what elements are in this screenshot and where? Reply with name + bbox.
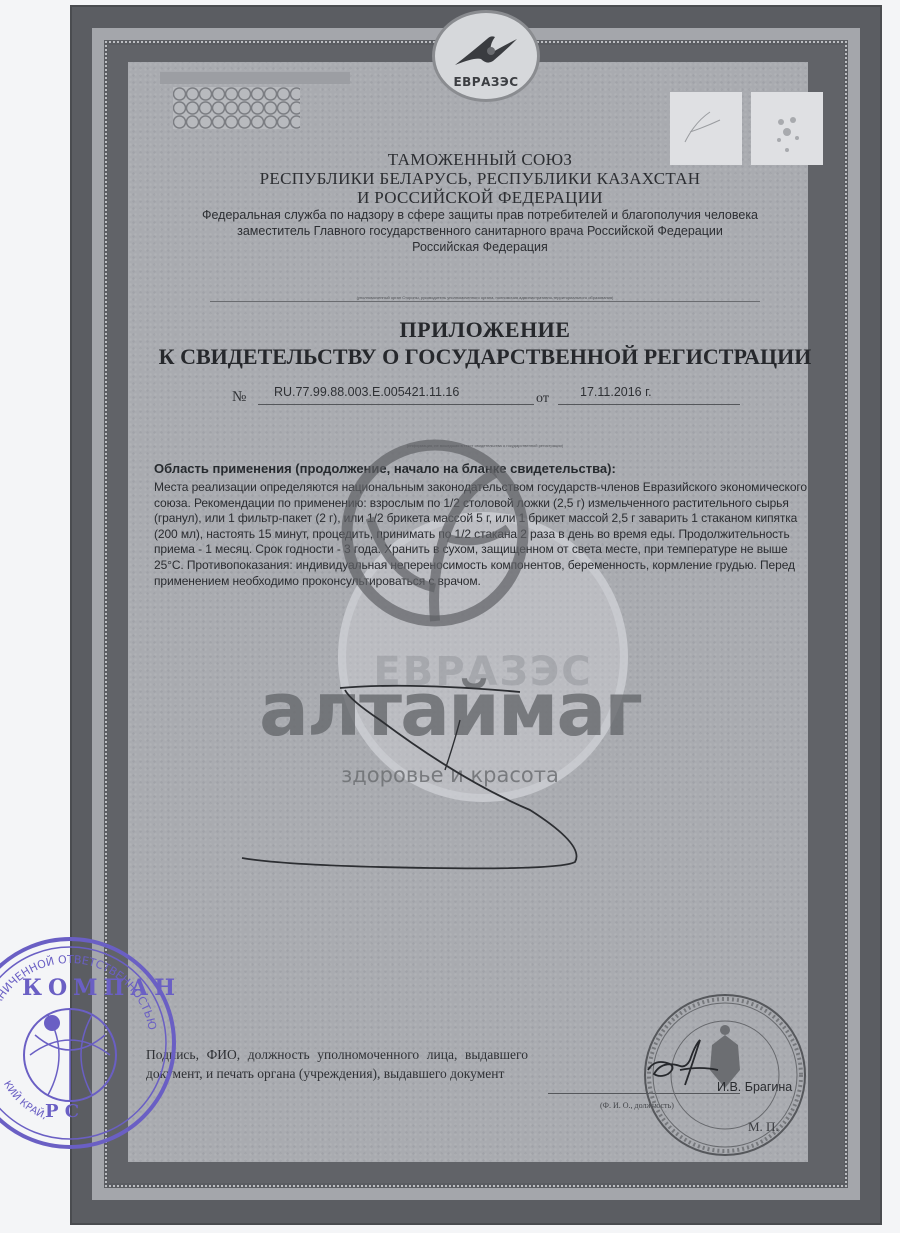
authority-caption: (уполномоченный орган Стороны, руководит…: [210, 295, 760, 302]
brand-watermark: алтаймаг: [220, 670, 680, 750]
security-pattern: [173, 87, 300, 129]
header-line: Российская Федерация: [140, 239, 820, 255]
title-line-2: К СВИДЕТЕЛЬСТВУ О ГОСУДАРСТВЕННОЙ РЕГИСТ…: [140, 343, 830, 371]
header-line: Федеральная служба по надзору в сфере за…: [140, 207, 820, 223]
eurasec-emblem: ЕВРАЗЭС: [432, 10, 540, 102]
header-line: И РОССИЙСКОЙ ФЕДЕРАЦИИ: [140, 188, 820, 207]
signature-caption: Подпись, ФИО, должность уполномоченного …: [146, 1046, 528, 1083]
header-line: ТАМОЖЕННЫЙ СОЮЗ: [140, 150, 820, 169]
issuing-authority-header: ТАМОЖЕННЫЙ СОЮЗ РЕСПУБЛИКИ БЕЛАРУСЬ, РЕС…: [140, 150, 820, 255]
scope-heading: Область применения (продолжение, начало …: [154, 461, 616, 476]
emblem-label: ЕВРАЗЭС: [453, 75, 518, 89]
info-caption: (информация, не вошедшая в текст свидете…: [320, 443, 650, 449]
eurasec-bird-icon: [451, 31, 521, 71]
fio-caption: (Ф. И. О., должность): [600, 1101, 674, 1110]
registration-date: 17.11.2016 г.: [558, 385, 740, 405]
mp-label: М. П.: [748, 1119, 779, 1135]
registration-number: RU.77.99.88.003.E.005421.11.16: [258, 385, 534, 405]
header-line: РЕСПУБЛИКИ БЕЛАРУСЬ, РЕСПУБЛИКИ КАЗАХСТА…: [140, 169, 820, 188]
number-sign: №: [232, 389, 246, 406]
svg-text:КИЙ КРАЙ,: КИЙ КРАЙ,: [1, 1079, 48, 1122]
document-title: ПРИЛОЖЕНИЕ К СВИДЕТЕЛЬСТВУ О ГОСУДАРСТВЕ…: [140, 317, 830, 371]
signer-name: И.В. Брагина: [717, 1080, 792, 1094]
decorative-strip: [160, 72, 350, 84]
brand-tagline: здоровье и красота: [280, 763, 620, 787]
fio-line: [548, 1093, 740, 1094]
date-prefix: от: [536, 391, 549, 407]
scope-body: Места реализации определяются национальн…: [154, 480, 816, 589]
header-line: заместитель Главного государственного са…: [140, 223, 820, 239]
title-line-1: ПРИЛОЖЕНИЕ: [140, 317, 830, 343]
